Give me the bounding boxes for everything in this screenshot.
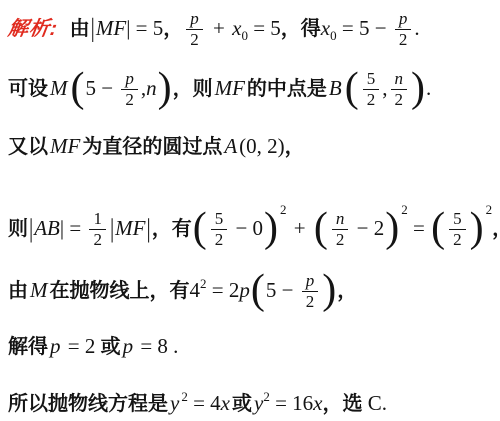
frac-denominator: 2	[121, 90, 138, 109]
solution-line-2: 可设M(5 − p2,n)，则MF的中点是B(52,n2).	[0, 57, 500, 120]
fraction: p2	[121, 70, 138, 109]
math-var: x	[321, 16, 330, 40]
math-run: | = 5	[126, 16, 163, 40]
math-run: = 5	[248, 16, 281, 40]
math-var: y	[170, 391, 179, 415]
frac-numerator: 5	[211, 210, 228, 230]
fraction: 52	[363, 70, 380, 109]
math-run: = 8 .	[135, 334, 178, 358]
math-run: 5 −	[86, 76, 119, 100]
abs-bar: |	[91, 0, 95, 64]
math-var: B	[329, 76, 342, 100]
math-var: M	[50, 76, 68, 100]
frac-numerator: p	[121, 70, 138, 90]
cjk-run: 为直径的圆过点	[82, 136, 222, 158]
solution-document: 解析:由|MF| = 5，p2 + x0 = 5，得x0 = 5 − p2. 可…	[0, 0, 500, 421]
frac-numerator: n	[391, 70, 408, 90]
cjk-run: ，得	[281, 18, 321, 40]
math-operator: +	[289, 216, 311, 240]
math-run: = 16	[270, 391, 313, 415]
cjk-run: 又以	[8, 136, 48, 158]
fraction: n2	[391, 70, 408, 109]
math-var: x	[221, 391, 230, 415]
frac-denominator: 2	[302, 292, 319, 311]
math-var: M	[30, 278, 48, 302]
math-run: (0, 2)	[239, 134, 285, 158]
math-run: | =	[60, 216, 87, 240]
fraction: p2	[395, 10, 412, 49]
abs-bar: |	[110, 181, 114, 276]
solution-line-1: 解析:由|MF| = 5，p2 + x0 = 5，得x0 = 5 − p2.	[0, 0, 500, 57]
cjk-run: 解得	[8, 336, 48, 358]
cjk-run: 可设	[8, 78, 48, 100]
cjk-run: ，则	[173, 78, 213, 100]
math-var: A	[224, 134, 237, 158]
frac-numerator: 5	[449, 210, 466, 230]
frac-denominator: 2	[391, 90, 408, 109]
frac-denominator: 2	[363, 90, 380, 109]
cjk-run: 的中点是	[247, 78, 327, 100]
fraction: 52	[449, 210, 466, 249]
math-run: − 2	[351, 216, 384, 240]
math-var: p	[239, 278, 250, 302]
fraction: p2	[302, 272, 319, 311]
frac-numerator: p	[395, 10, 412, 30]
solution-line-6: 解得p = 2 或p = 8 .	[0, 320, 500, 372]
cjk-run: ，得	[492, 218, 500, 240]
analysis-label: 解析:	[4, 1, 62, 58]
math-var: p	[123, 334, 134, 358]
math-run: = 5 −	[337, 16, 392, 40]
abs-bar: |	[146, 181, 150, 276]
superscript: 2	[486, 202, 493, 217]
math-var: MF	[115, 216, 145, 240]
cjk-comma: ，	[163, 18, 183, 40]
superscript: 2	[280, 202, 287, 217]
frac-denominator: 2	[332, 230, 349, 249]
math-run: 5 −	[266, 278, 299, 302]
abs-bar: |	[29, 181, 33, 276]
cjk-run: 或	[232, 393, 252, 415]
frac-numerator: 1	[89, 210, 106, 230]
math-run: = 2	[63, 334, 101, 358]
fraction: 12	[89, 210, 106, 249]
frac-numerator: 5	[363, 70, 380, 90]
frac-numerator: p	[186, 10, 203, 30]
answer-choice: C.	[363, 391, 388, 415]
math-var: MF	[96, 16, 126, 40]
frac-denominator: 2	[449, 230, 466, 249]
frac-denominator: 2	[89, 230, 106, 249]
cjk-run: 或	[101, 336, 121, 358]
frac-denominator: 2	[186, 30, 203, 49]
cjk-comma: ，	[285, 136, 305, 158]
math-run: = 4	[188, 391, 221, 415]
math-run: − 0	[230, 216, 263, 240]
math-run: =	[408, 216, 430, 240]
math-var: n	[146, 76, 157, 100]
solution-line-3: 又以MF为直径的圆过点A(0, 2)，	[0, 120, 500, 172]
math-var: MF	[50, 134, 80, 158]
period: .	[426, 76, 431, 100]
cjk-run: 则	[8, 218, 28, 240]
cjk-run: ，选	[323, 393, 363, 415]
cjk-run: 由	[8, 280, 28, 302]
fraction: 52	[211, 210, 228, 249]
fraction: p2	[186, 10, 203, 49]
solution-line-4: 则|AB| = 12|MF|，有(52 − 0)2 + (n2 − 2)2 = …	[0, 172, 500, 248]
frac-denominator: 2	[395, 30, 412, 49]
cjk-run: 由	[70, 18, 90, 40]
math-var: AB	[34, 216, 60, 240]
math-operator: +	[208, 16, 230, 40]
frac-numerator: n	[332, 210, 349, 230]
cjk-comma: ，	[337, 280, 357, 302]
frac-denominator: 2	[211, 230, 228, 249]
cjk-run: 在抛物线上，有	[50, 280, 190, 302]
cjk-run: ，有	[152, 218, 192, 240]
solution-line-5: 由M在抛物线上，有42 = 2p(5 − p2)，	[0, 248, 500, 320]
math-var: MF	[215, 76, 245, 100]
period: .	[414, 16, 419, 40]
math-var: y	[254, 391, 263, 415]
solution-line-7: 所以抛物线方程是y2 = 4x或y2 = 16x，选 C.	[0, 372, 500, 421]
frac-numerator: p	[302, 272, 319, 292]
comma: ,	[382, 76, 387, 100]
superscript: 2	[401, 202, 408, 217]
math-var: p	[50, 334, 61, 358]
math-num: 4	[190, 278, 201, 302]
cjk-run: 所以抛物线方程是	[8, 393, 168, 415]
math-var: x	[313, 391, 322, 415]
math-run: = 2	[207, 278, 240, 302]
fraction: n2	[332, 210, 349, 249]
